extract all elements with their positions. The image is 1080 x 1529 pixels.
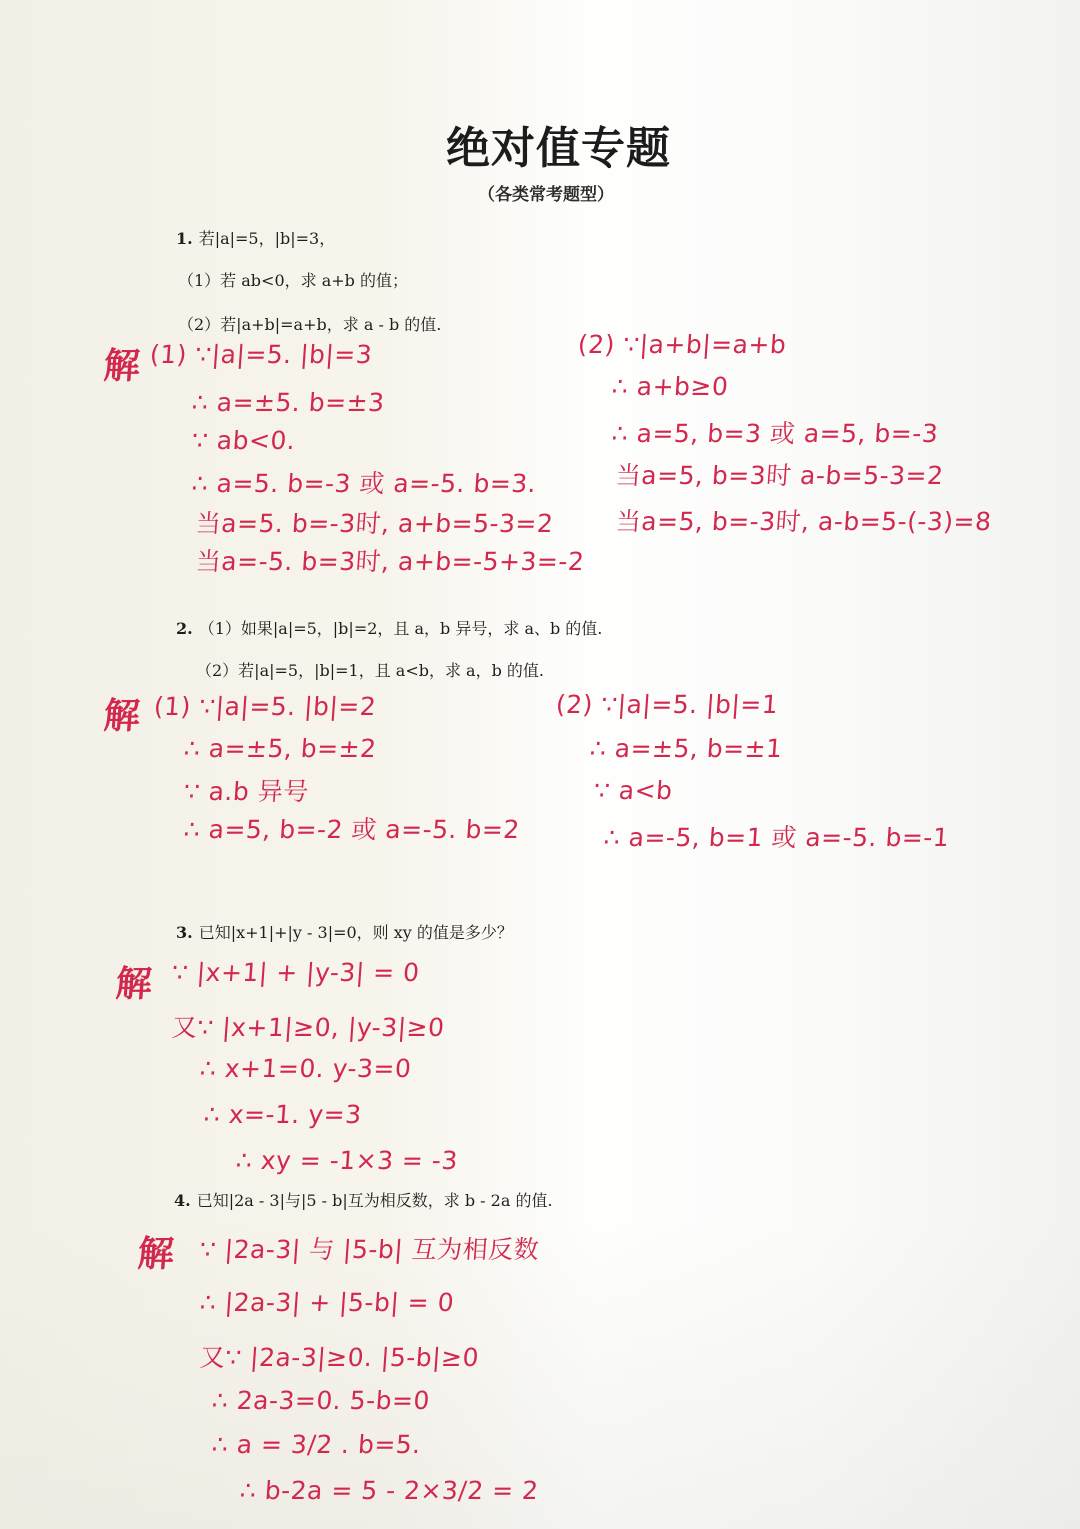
solution-label: 解 xyxy=(102,338,142,389)
solution-label: 解 xyxy=(102,688,142,739)
problem-1-stem: 1.若|a|=5，|b|=3， xyxy=(176,226,335,249)
page-subtitle: （各类常考题型） xyxy=(478,180,614,205)
problem-1-part-1: （1）若 ab<0，求 a+b 的值； xyxy=(178,268,408,291)
solution-line: ∴ a=-5, b=1 或 a=-5. b=-1 xyxy=(603,818,951,854)
problem-text: （1）如果|a|=5，|b|=2，且 a，b 异号，求 a、b 的值. xyxy=(199,619,603,638)
solution-line: ∴ 2a-3=0. 5-b=0 xyxy=(211,1386,431,1415)
solution-label: 解 xyxy=(114,956,154,1007)
solution-line: ∴ a=5. b=-3 或 a=-5. b=3. xyxy=(191,464,538,500)
solution-line: ∵ a.b 异号 xyxy=(183,772,310,808)
problem-3-stem: 3.已知|x+1|+|y - 3|=0，则 xy 的值是多少？ xyxy=(176,920,513,943)
solution-line: ∵ |2a-3| 与 |5-b| 互为相反数 xyxy=(199,1230,541,1266)
solution-line: ∴ b-2a = 5 - 2×3/2 = 2 xyxy=(239,1476,539,1505)
problem-number: 2. xyxy=(176,619,193,638)
solution-line: ∵ a<b xyxy=(593,776,674,805)
problem-number: 1. xyxy=(176,229,193,248)
solution-line: ∴ |2a-3| + |5-b| = 0 xyxy=(199,1288,455,1317)
solution-line: ∴ a=5, b=-2 或 a=-5. b=2 xyxy=(183,810,521,846)
solution-line: (1) ∵|a|=5. |b|=2 xyxy=(153,692,377,721)
solution-line: ∴ x=-1. y=3 xyxy=(203,1100,363,1129)
solution-line: (2) ∵|a+b|=a+b xyxy=(577,330,787,359)
solution-line: ∵ |x+1| + |y-3| = 0 xyxy=(171,958,421,987)
solution-label: 解 xyxy=(136,1226,176,1277)
solution-line: 当a=-5. b=3时, a+b=-5+3=-2 xyxy=(195,542,586,578)
solution-line: (2) ∵|a|=5. |b|=1 xyxy=(555,690,779,719)
solution-line: ∵ ab<0. xyxy=(191,426,296,455)
solution-line: ∴ a=±5, b=±1 xyxy=(589,734,784,763)
solution-line: ∴ xy = -1×3 = -3 xyxy=(235,1146,459,1175)
solution-line: 当a=5, b=-3时, a-b=5-(-3)=8 xyxy=(615,502,993,538)
problem-text: 若|a|=5，|b|=3， xyxy=(199,229,336,248)
solution-line: 又∵ |2a-3|≥0. |5-b|≥0 xyxy=(199,1338,481,1374)
solution-line: ∴ a=±5. b=±3 xyxy=(191,388,386,417)
problem-2-part-1: 2.（1）如果|a|=5，|b|=2，且 a，b 异号，求 a、b 的值. xyxy=(176,616,602,639)
page-title: 绝对值专题 xyxy=(446,112,671,176)
solution-line: 又∵ |x+1|≥0, |y-3|≥0 xyxy=(171,1008,446,1044)
problem-1-part-2: （2）若|a+b|=a+b，求 a - b 的值. xyxy=(178,312,441,335)
problem-4-stem: 4.已知|2a - 3|与|5 - b|互为相反数，求 b - 2a 的值. xyxy=(174,1188,553,1211)
problem-number: 3. xyxy=(176,923,193,942)
solution-line: ∴ a = 3/2 . b=5. xyxy=(211,1430,422,1459)
solution-line: (1) ∵|a|=5. |b|=3 xyxy=(149,340,373,369)
problem-text: 已知|2a - 3|与|5 - b|互为相反数，求 b - 2a 的值. xyxy=(197,1191,553,1210)
solution-line: ∴ a=±5, b=±2 xyxy=(183,734,378,763)
paper-shading xyxy=(0,0,1080,1529)
problem-2-part-2: （2）若|a|=5，|b|=1，且 a<b，求 a，b 的值. xyxy=(196,658,544,681)
solution-line: ∴ x+1=0. y-3=0 xyxy=(199,1054,412,1083)
solution-line: 当a=5, b=3时 a-b=5-3=2 xyxy=(615,456,945,492)
solution-line: ∴ a=5, b=3 或 a=5, b=-3 xyxy=(611,414,940,450)
solution-line: ∴ a+b≥0 xyxy=(611,372,729,401)
problem-number: 4. xyxy=(174,1191,191,1210)
solution-line: 当a=5. b=-3时, a+b=5-3=2 xyxy=(195,504,555,540)
problem-text: 已知|x+1|+|y - 3|=0，则 xy 的值是多少？ xyxy=(199,923,513,942)
